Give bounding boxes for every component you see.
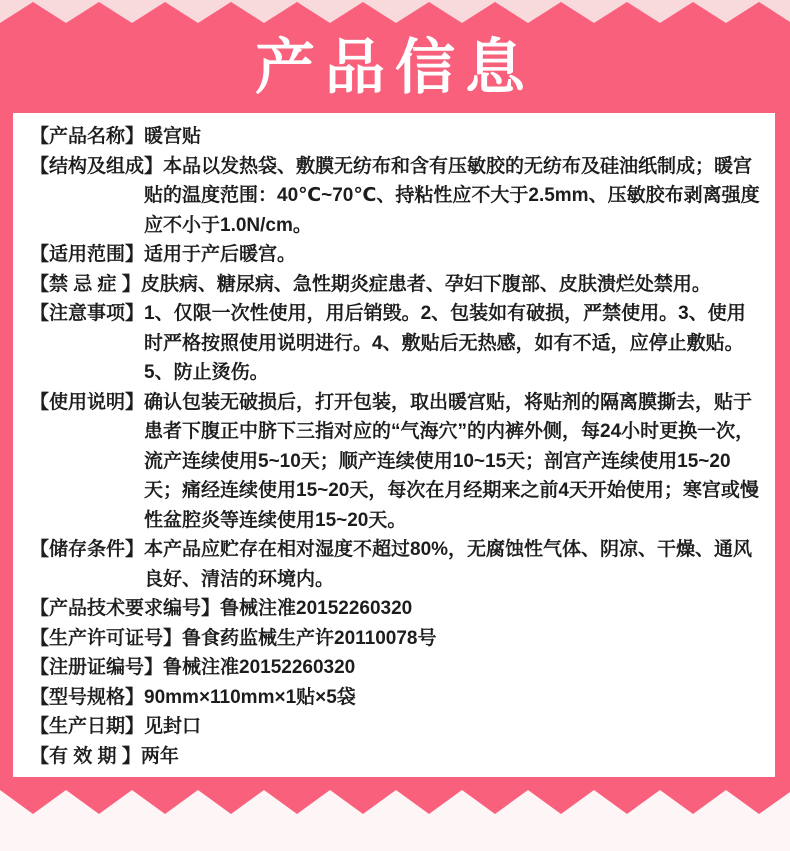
- field-production-date: 【生产日期】见封口: [30, 712, 763, 742]
- field-value: 两年: [141, 746, 179, 767]
- field-label: 【型号规格】: [30, 687, 144, 708]
- field-structure-composition: 【结构及组成】本品以发热袋、敷膜无纺布和含有压敏胶的无纺布及硅油纸制成；暖宫贴的…: [30, 152, 763, 241]
- field-label: 【结构及组成】: [30, 156, 163, 177]
- product-info-card: 【产品名称】暖宫贴 【结构及组成】本品以发热袋、敷膜无纺布和含有压敏胶的无纺布及…: [13, 113, 775, 777]
- field-label: 【有 效 期 】: [30, 746, 141, 767]
- field-value: 鲁食药监械生产许20110078号: [182, 628, 437, 649]
- field-label: 【适用范围】: [30, 244, 144, 265]
- field-label: 【产品技术要求编号】: [30, 598, 220, 619]
- field-usage-instructions: 【使用说明】确认包装无破损后，打开包装，取出暖宫贴，将贴剂的隔离膜撕去，贴于患者…: [30, 388, 763, 536]
- field-precautions: 【注意事项】1、仅限一次性使用，用后销毁。2、包装如有破损，严禁使用。3、使用时…: [30, 299, 763, 388]
- field-value: 确认包装无破损后，打开包装，取出暖宫贴，将贴剂的隔离膜撕去，贴于患者下腹正中脐下…: [144, 392, 759, 531]
- field-value: 本产品应贮存在相对湿度不超过80%，无腐蚀性气体、阴凉、干燥、通风良好、清洁的环…: [144, 539, 752, 590]
- field-value: 1、仅限一次性使用，用后销毁。2、包装如有破损，严禁使用。3、使用时严格按照使用…: [144, 303, 746, 383]
- field-storage-conditions: 【储存条件】本产品应贮存在相对湿度不超过80%，无腐蚀性气体、阴凉、干燥、通风良…: [30, 535, 763, 594]
- field-value: 适用于产后暖宫。: [144, 244, 296, 265]
- field-registration-certificate-no: 【注册证编号】鲁械注准20152260320: [30, 653, 763, 683]
- field-model-specification: 【型号规格】90mm×110mm×1贴×5袋: [30, 683, 763, 713]
- field-label: 【储存条件】: [30, 539, 144, 560]
- field-contraindications: 【禁 忌 症 】皮肤病、糖尿病、急性期炎症患者、孕妇下腹部、皮肤溃烂处禁用。: [30, 270, 763, 300]
- field-value: 暖宫贴: [144, 126, 201, 147]
- field-shelf-life: 【有 效 期 】两年: [30, 742, 763, 772]
- field-label: 【注意事项】: [30, 303, 144, 324]
- field-value: 90mm×110mm×1贴×5袋: [144, 687, 356, 708]
- field-label: 【生产日期】: [30, 716, 144, 737]
- field-label: 【使用说明】: [30, 392, 144, 413]
- field-application-scope: 【适用范围】适用于产后暖宫。: [30, 240, 763, 270]
- field-technical-requirement-no: 【产品技术要求编号】鲁械注准20152260320: [30, 594, 763, 624]
- field-label: 【生产许可证号】: [30, 628, 182, 649]
- zigzag-border-top: [0, 0, 790, 26]
- field-value: 鲁械注准20152260320: [163, 657, 355, 678]
- field-label: 【产品名称】: [30, 126, 144, 147]
- zigzag-border-bottom: [0, 788, 790, 816]
- page-title: 产品信息: [0, 32, 790, 108]
- field-production-license-no: 【生产许可证号】鲁食药监械生产许20110078号: [30, 624, 763, 654]
- field-label: 【注册证编号】: [30, 657, 163, 678]
- field-product-name: 【产品名称】暖宫贴: [30, 122, 763, 152]
- field-value: 皮肤病、糖尿病、急性期炎症患者、孕妇下腹部、皮肤溃烂处禁用。: [141, 274, 711, 295]
- field-label: 【禁 忌 症 】: [30, 274, 141, 295]
- field-value: 见封口: [144, 716, 201, 737]
- field-value: 本品以发热袋、敷膜无纺布和含有压敏胶的无纺布及硅油纸制成；暖宫贴的温度范围：40…: [144, 156, 760, 236]
- field-value: 鲁械注准20152260320: [220, 598, 412, 619]
